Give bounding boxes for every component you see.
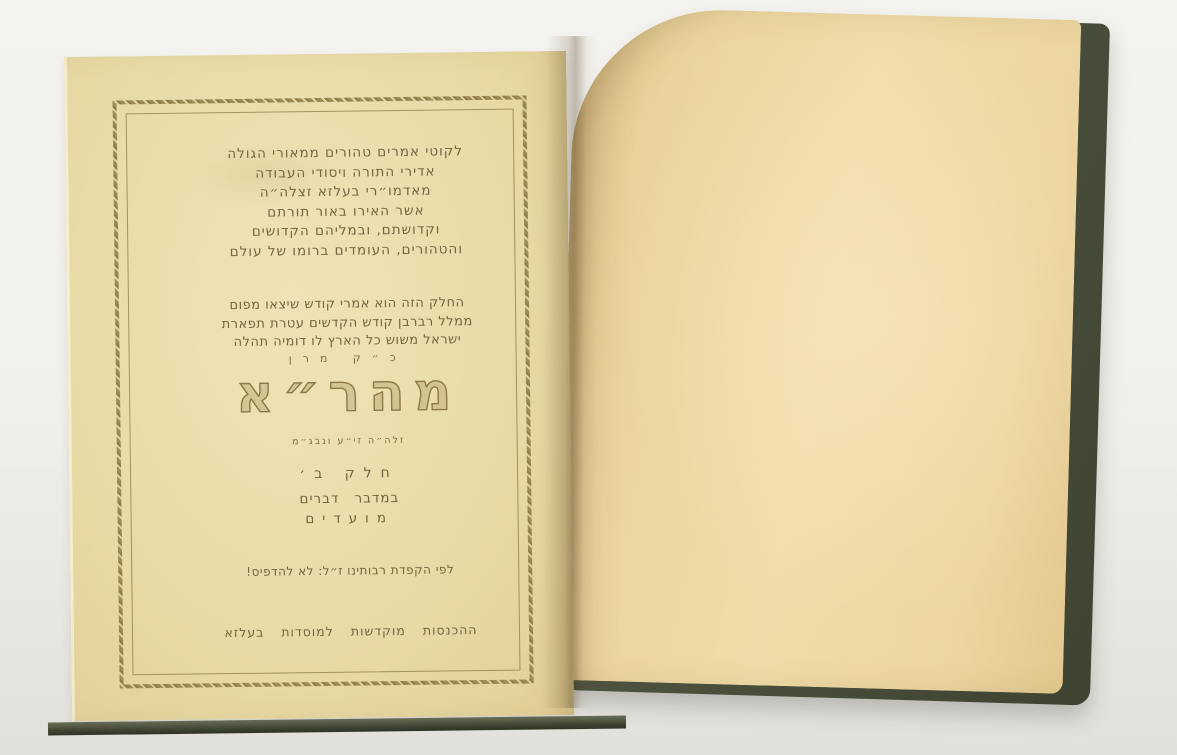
volume-number: חלק ב׳ — [146, 463, 552, 484]
blank-right-page — [557, 6, 1082, 694]
contents-line: במדבר דברים — [146, 488, 552, 509]
title-subscript: זלה״ה זי״ע ונבג״מ — [146, 433, 552, 449]
contents-line: מועדים — [147, 508, 553, 529]
title-page: לקוטי אמרים טהורים ממאורי הגולה אדירי הת… — [64, 51, 574, 721]
text-line: והטהורים, העומדים ברומו של עולם — [143, 239, 549, 263]
book-gutter-shadow — [542, 36, 599, 708]
main-title: מהר״א — [145, 361, 552, 426]
bottom-dedication: ההכנסות מוקדשות למוסדות בעלזא — [148, 621, 554, 641]
print-notice: לפי הקפדת רבותינו ז״ל: לא להדפיס! — [147, 561, 553, 580]
volume-dedication: החלק הזה הוא אמרי קודש שיצאו מפום ממלל ר… — [144, 293, 551, 353]
photo-open-book: לקוטי אמרים טהורים ממאורי הגולה אדירי הת… — [0, 0, 1177, 755]
